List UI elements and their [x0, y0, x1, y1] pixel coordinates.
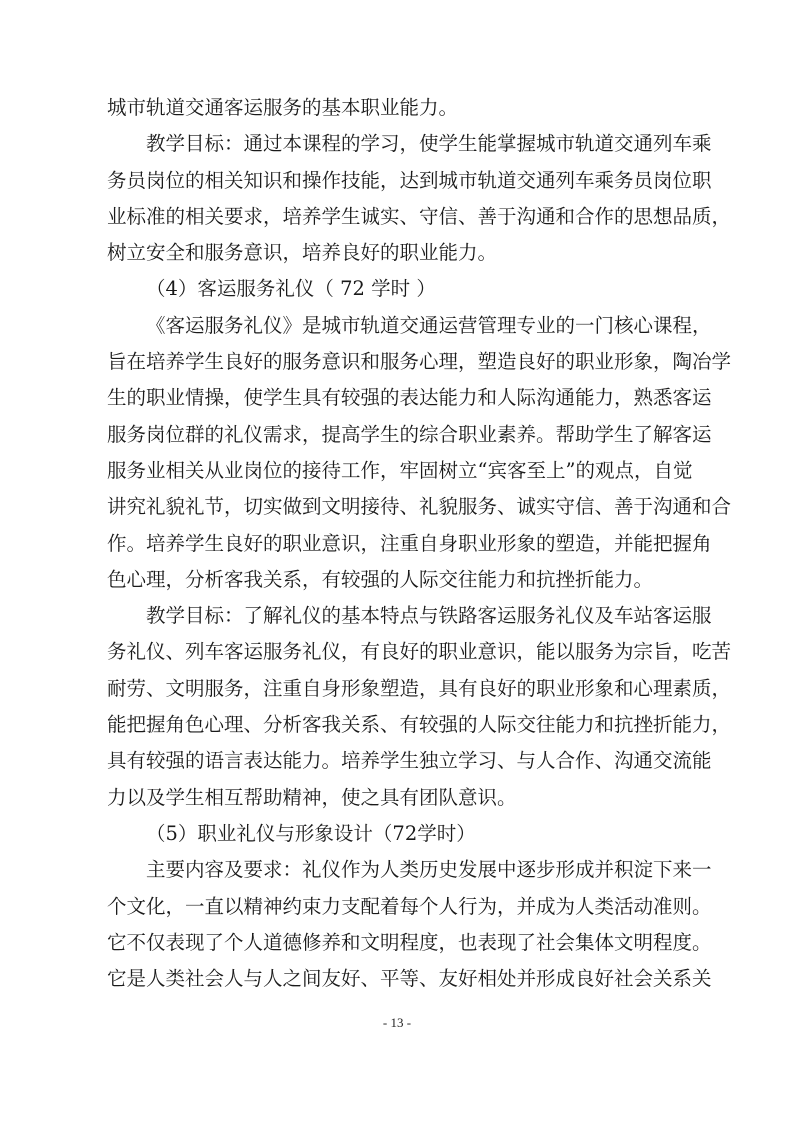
- paragraph-line: 色心理，分析客我关系，有较强的人际交往能力和抗挫折能力。: [107, 562, 689, 598]
- paragraph-line: 能把握角色心理、分析客我关系、有较强的人际交往能力和抗挫折能力，: [107, 707, 689, 743]
- paragraph-line: 教学目标：通过本课程的学习，使学生能掌握城市轨道交通列车乘: [107, 126, 689, 162]
- paragraph-line: 讲究礼貌礼节，切实做到文明接待、礼貌服务、诚实守信、善于沟通和合: [107, 489, 689, 525]
- paragraph-line: 树立安全和服务意识，培养良好的职业能力。: [107, 235, 689, 271]
- paragraph-line: 具有较强的语言表达能力。培养学生独立学习、与人合作、沟通交流能: [107, 743, 689, 779]
- paragraph-line: 作。培养学生良好的职业意识，注重自身职业形象的塑造，并能把握角: [107, 526, 689, 562]
- section-heading-5: （5）职业礼仪与形象设计（72学时）: [107, 816, 689, 852]
- paragraph-line: 它不仅表现了个人道德修养和文明程度，也表现了社会集体文明程度。: [107, 925, 689, 961]
- paragraph-line: 主要内容及要求：礼仪作为人类历史发展中逐步形成并积淀下来一: [107, 852, 689, 888]
- paragraph-line: 力以及学生相互帮助精神，使之具有团队意识。: [107, 780, 689, 816]
- paragraph-line: 服务岗位群的礼仪需求，提高学生的综合职业素养。帮助学生了解客运: [107, 417, 689, 453]
- document-page: 城市轨道交通客运服务的基本职业能力。 教学目标：通过本课程的学习，使学生能掌握城…: [107, 90, 689, 997]
- paragraph-line: 务员岗位的相关知识和操作技能，达到城市轨道交通列车乘务员岗位职: [107, 163, 689, 199]
- paragraph-line: 个文化，一直以精神约束力支配着每个人行为，并成为人类活动准则。: [107, 889, 689, 925]
- paragraph-line: 《客运服务礼仪》是城市轨道交通运营管理专业的一门核心课程，: [107, 308, 689, 344]
- paragraph-line: 城市轨道交通客运服务的基本职业能力。: [107, 90, 689, 126]
- paragraph-line: 务礼仪、列车客运服务礼仪，有良好的职业意识，能以服务为宗旨，吃苦: [107, 634, 689, 670]
- paragraph-line: 服务业相关从业岗位的接待工作，牢固树立“宾客至上”的观点，自觉: [107, 453, 689, 489]
- paragraph-line: 旨在培养学生良好的服务意识和服务心理，塑造良好的职业形象，陶冶学: [107, 344, 689, 380]
- paragraph-line: 教学目标：了解礼仪的基本特点与铁路客运服务礼仪及车站客运服: [107, 598, 689, 634]
- page-number: - 13 -: [0, 1015, 794, 1031]
- paragraph-line: 耐劳、文明服务，注重自身形象塑造，具有良好的职业形象和心理素质，: [107, 671, 689, 707]
- paragraph-line: 生的职业情操，使学生具有较强的表达能力和人际沟通能力，熟悉客运: [107, 380, 689, 416]
- section-heading-4: （4）客运服务礼仪（ 72 学时 ）: [107, 271, 689, 307]
- paragraph-line: 它是人类社会人与人之间友好、平等、友好相处并形成良好社会关系关: [107, 961, 689, 997]
- paragraph-line: 业标准的相关要求，培养学生诚实、守信、善于沟通和合作的思想品质，: [107, 199, 689, 235]
